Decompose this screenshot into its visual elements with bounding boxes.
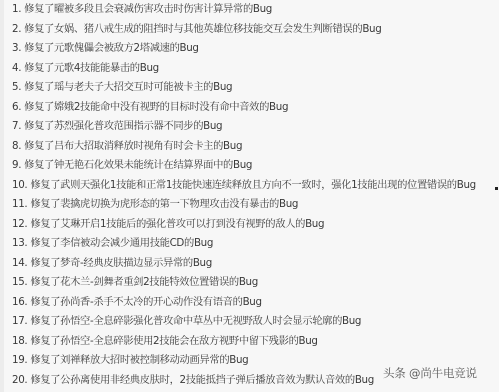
item-number: 3. [12, 42, 21, 54]
list-item: 13.修复了李信被动会减少通用技能CD的Bug [12, 234, 476, 254]
item-text: 修复了裴擒虎切换为虎形态的第一下物理攻击没有暴击的Bug [30, 198, 298, 210]
item-text: 修复了孙悟空-全息碎影强化普攻命中草丛中无视野敌人时会显示轮廓的Bug [30, 315, 361, 327]
item-text: 修复了女娲、猪八戒生成的阻挡时与其他英雄位移技能交互会发生判断错误的Bug [24, 23, 381, 35]
item-text: 修复了艾琳开启1技能后的强化普攻可以打到没有视野的敌人的Bug [30, 218, 324, 230]
item-number: 17. [12, 315, 27, 327]
list-item: 12.修复了艾琳开启1技能后的强化普攻可以打到没有视野的敌人的Bug [12, 215, 476, 235]
item-text: 修复了孙尚香-杀手不太冷的开心动作没有语音的Bug [30, 296, 261, 308]
watermark: 头条 @尚牛电竞说 [383, 365, 477, 381]
item-text: 修复了花木兰-剑舞者重剑2技能特效位置错误的Bug [30, 276, 258, 288]
list-item: 1.修复了曜被多段且会衰减伤害攻击时伤害计算异常的Bug [12, 0, 476, 20]
list-item: 16.修复了孙尚香-杀手不太冷的开心动作没有语音的Bug [12, 293, 476, 313]
item-number: 7. [12, 120, 21, 132]
item-number: 10. [12, 179, 27, 191]
item-number: 13. [12, 237, 27, 249]
item-text: 修复了梦奇-经典皮肤描边显示异常的Bug [30, 257, 212, 269]
item-number: 4. [12, 62, 21, 74]
marker-dot [495, 187, 498, 190]
item-text: 修复了钟无艳石化效果未能统计在结算界面中的Bug [24, 159, 252, 171]
list-item: 15.修复了花木兰-剑舞者重剑2技能特效位置错误的Bug [12, 273, 476, 293]
item-number: 11. [12, 198, 27, 210]
item-text: 修复了瑶与老夫子大招交互时可能被卡主的Bug [24, 81, 232, 93]
list-item: 3.修复了元歌傀儡会被敌方2塔减速的Bug [12, 39, 476, 59]
item-number: 5. [12, 81, 21, 93]
list-item: 2.修复了女娲、猪八戒生成的阻挡时与其他英雄位移技能交互会发生判断错误的Bug [12, 20, 476, 40]
item-number: 14. [12, 257, 27, 269]
item-number: 1. [12, 3, 21, 15]
list-item: 9.修复了钟无艳石化效果未能统计在结算界面中的Bug [12, 156, 476, 176]
item-number: 2. [12, 23, 21, 35]
list-item: 4.修复了元歌4技能能暴击的Bug [12, 59, 476, 79]
item-text: 修复了吕布大招取消释放时视角有时会卡主的Bug [24, 140, 242, 152]
list-item: 7.修复了苏烈强化普攻范围指示器不同步的Bug [12, 117, 476, 137]
item-number: 19. [12, 354, 27, 366]
list-item: 17.修复了孙悟空-全息碎影强化普攻命中草丛中无视野敌人时会显示轮廓的Bug [12, 312, 476, 332]
item-number: 6. [12, 101, 21, 113]
item-text: 修复了苏烈强化普攻范围指示器不同步的Bug [24, 120, 222, 132]
item-number: 9. [12, 159, 21, 171]
item-text: 修复了公孙离使用非经典皮肤时，2技能抵挡子弹后播放音效为默认音效的Bug [30, 374, 374, 386]
item-text: 修复了曜被多段且会衰减伤害攻击时伤害计算异常的Bug [24, 3, 272, 15]
item-number: 8. [12, 140, 21, 152]
list-item: 11.修复了裴擒虎切换为虎形态的第一下物理攻击没有暴击的Bug [12, 195, 476, 215]
item-text: 修复了刘禅释放大招时被控制移动动画异常的Bug [30, 354, 248, 366]
list-item: 18.修复了孙悟空-全息碎影使用2技能会在敌方视野中留下残影的Bug [12, 332, 476, 352]
bug-fix-list: 1.修复了曜被多段且会衰减伤害攻击时伤害计算异常的Bug 2.修复了女娲、猪八戒… [12, 0, 476, 390]
item-text: 修复了元歌傀儡会被敌方2塔减速的Bug [24, 42, 198, 54]
item-text: 修复了武则天强化1技能和正常1技能快速连续释放且方向不一致时，强化1技能出现的位… [30, 179, 476, 191]
item-number: 15. [12, 276, 27, 288]
item-text: 修复了孙悟空-全息碎影使用2技能会在敌方视野中留下残影的Bug [30, 335, 317, 347]
list-item: 14.修复了梦奇-经典皮肤描边显示异常的Bug [12, 254, 476, 274]
list-item: 6.修复了嫦娥2技能命中没有视野的目标时没有命中音效的Bug [12, 98, 476, 118]
item-number: 16. [12, 296, 27, 308]
item-text: 修复了元歌4技能能暴击的Bug [24, 62, 159, 74]
list-item: 8.修复了吕布大招取消释放时视角有时会卡主的Bug [12, 137, 476, 157]
item-text: 修复了嫦娥2技能命中没有视野的目标时没有命中音效的Bug [24, 101, 288, 113]
item-number: 12. [12, 218, 27, 230]
item-number: 18. [12, 335, 27, 347]
item-number: 20. [12, 374, 27, 386]
list-item: 10.修复了武则天强化1技能和正常1技能快速连续释放且方向不一致时，强化1技能出… [12, 176, 476, 196]
list-item: 5.修复了瑶与老夫子大招交互时可能被卡主的Bug [12, 78, 476, 98]
left-border [0, 0, 4, 392]
item-text: 修复了李信被动会减少通用技能CD的Bug [30, 237, 213, 249]
